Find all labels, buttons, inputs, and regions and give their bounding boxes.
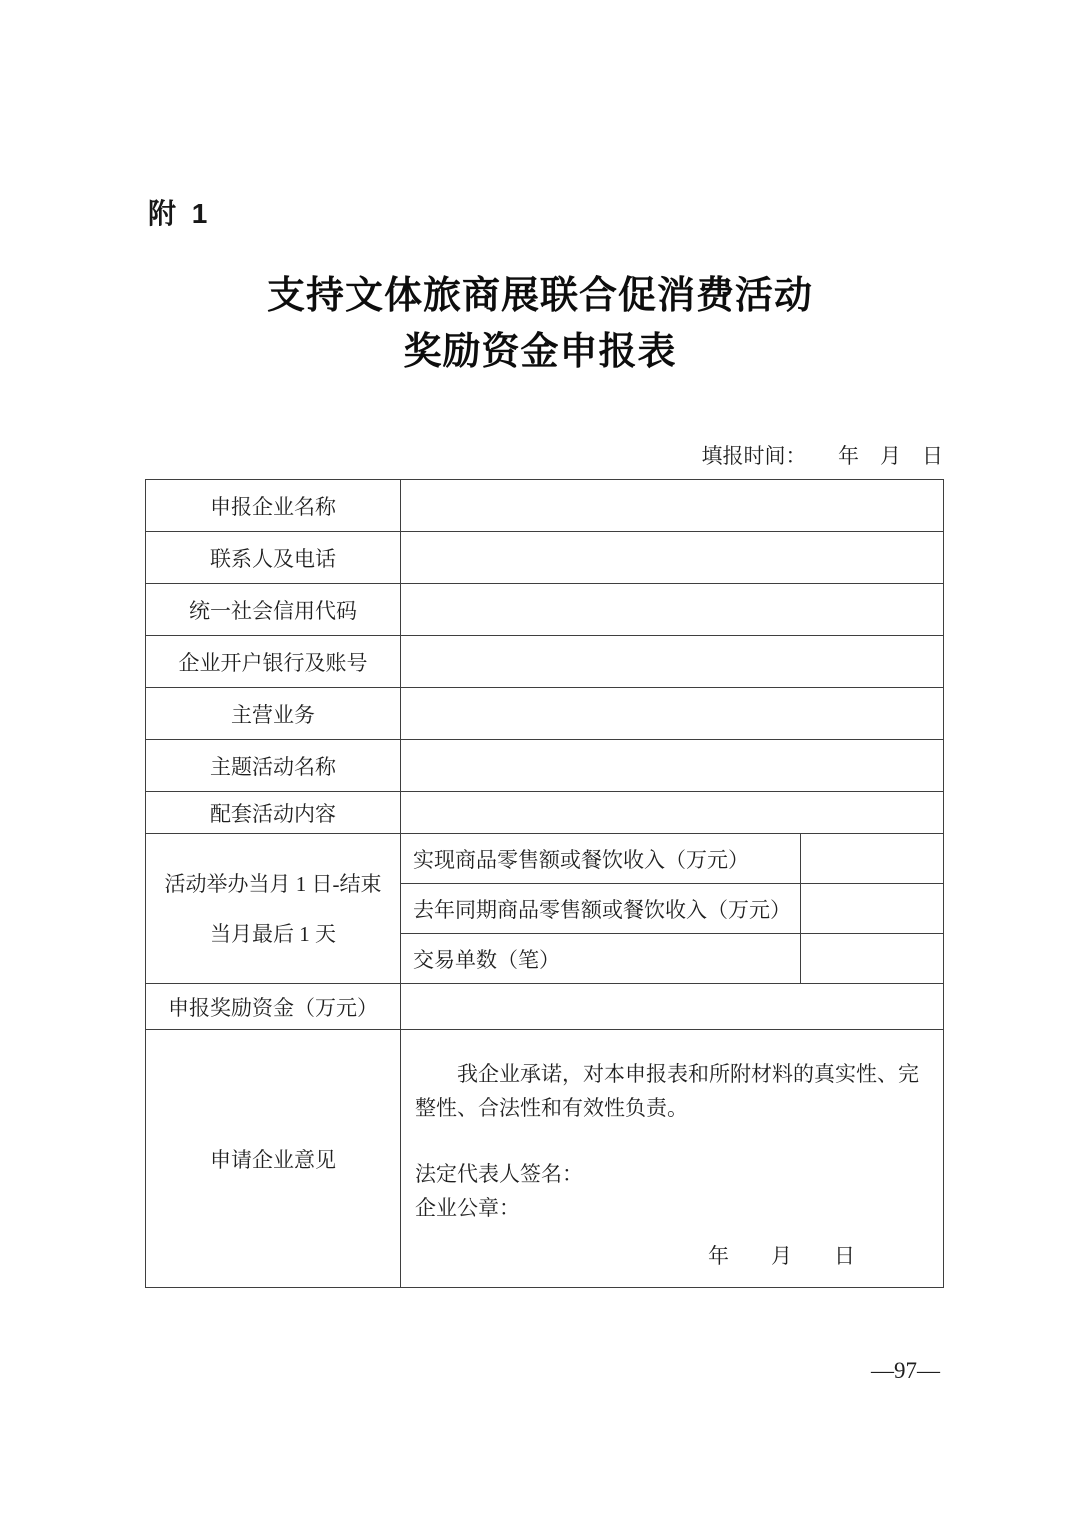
row-label-reward-amount: 申报奖励资金（万元） <box>146 984 401 1030</box>
sub-row-value-transaction-count <box>801 934 944 984</box>
table-row-supporting-activity: 配套活动内容 <box>146 792 944 834</box>
row-value-bank-account <box>401 636 944 688</box>
form-title: 支持文体旅商展联合促消费活动 奖励资金申报表 <box>0 268 1080 380</box>
row-label-company-opinion: 申请企业意见 <box>146 1030 401 1288</box>
row-value-main-business <box>401 688 944 740</box>
row-label-credit-code: 统一社会信用代码 <box>146 584 401 636</box>
row-value-supporting-activity <box>401 792 944 834</box>
attachment-label: 附 1 <box>148 192 211 232</box>
table-row-company-opinion: 申请企业意见 我企业承诺，对本申报表和所附材料的真实性、完整性、合法性和有效性负… <box>146 1030 944 1288</box>
row-value-theme-activity <box>401 740 944 792</box>
legal-representative-signature-label: 法定代表人签名： <box>415 1157 927 1191</box>
page-number: —97— <box>871 1358 940 1384</box>
activity-period-label-line2: 当月最后 1 天 <box>146 909 400 959</box>
row-label-theme-activity: 主题活动名称 <box>146 740 401 792</box>
signature-block: 法定代表人签名： 企业公章： <box>415 1157 927 1225</box>
row-value-credit-code <box>401 584 944 636</box>
row-value-contact-phone <box>401 532 944 584</box>
document-page: 附 1 支持文体旅商展联合促消费活动 奖励资金申报表 填报时间： 年 月 日 申… <box>0 0 1080 1527</box>
row-value-reward-amount <box>401 984 944 1030</box>
row-value-company-name <box>401 480 944 532</box>
row-label-supporting-activity: 配套活动内容 <box>146 792 401 834</box>
row-label-contact-phone: 联系人及电话 <box>146 532 401 584</box>
row-label-main-business: 主营业务 <box>146 688 401 740</box>
sub-row-label-current-revenue: 实现商品零售额或餐饮收入（万元） <box>401 834 801 884</box>
table-row-reward-amount: 申报奖励资金（万元） <box>146 984 944 1030</box>
table-row-contact-phone: 联系人及电话 <box>146 532 944 584</box>
fill-time-line: 填报时间： 年 月 日 <box>702 440 944 470</box>
sub-row-value-current-revenue <box>801 834 944 884</box>
sub-row-value-lastyear-revenue <box>801 884 944 934</box>
table-row-theme-activity: 主题活动名称 <box>146 740 944 792</box>
row-label-bank-account: 企业开户银行及账号 <box>146 636 401 688</box>
company-opinion-cell: 我企业承诺，对本申报表和所附材料的真实性、完整性、合法性和有效性负责。 法定代表… <box>401 1030 944 1288</box>
activity-period-label-line1: 活动举办当月 1 日-结束 <box>146 859 400 909</box>
form-title-line2: 奖励资金申报表 <box>0 324 1080 380</box>
table-row-main-business: 主营业务 <box>146 688 944 740</box>
table-row-activity-revenue: 活动举办当月 1 日-结束 当月最后 1 天 实现商品零售额或餐饮收入（万元） <box>146 834 944 884</box>
commitment-statement: 我企业承诺，对本申报表和所附材料的真实性、完整性、合法性和有效性负责。 <box>415 1057 927 1125</box>
table-row-company-name: 申报企业名称 <box>146 480 944 532</box>
table-row-bank-account: 企业开户银行及账号 <box>146 636 944 688</box>
opinion-date-line: 年 月 日 <box>415 1239 927 1273</box>
row-label-company-name: 申报企业名称 <box>146 480 401 532</box>
company-seal-label: 企业公章： <box>415 1191 927 1225</box>
table-row-credit-code: 统一社会信用代码 <box>146 584 944 636</box>
sub-row-label-transaction-count: 交易单数（笔） <box>401 934 801 984</box>
activity-period-label: 活动举办当月 1 日-结束 当月最后 1 天 <box>146 834 401 984</box>
form-title-line1: 支持文体旅商展联合促消费活动 <box>0 268 1080 324</box>
sub-row-label-lastyear-revenue: 去年同期商品零售额或餐饮收入（万元） <box>401 884 801 934</box>
application-form-table: 申报企业名称 联系人及电话 统一社会信用代码 企业开户银行及账号 主营业务 主题… <box>145 479 944 1288</box>
